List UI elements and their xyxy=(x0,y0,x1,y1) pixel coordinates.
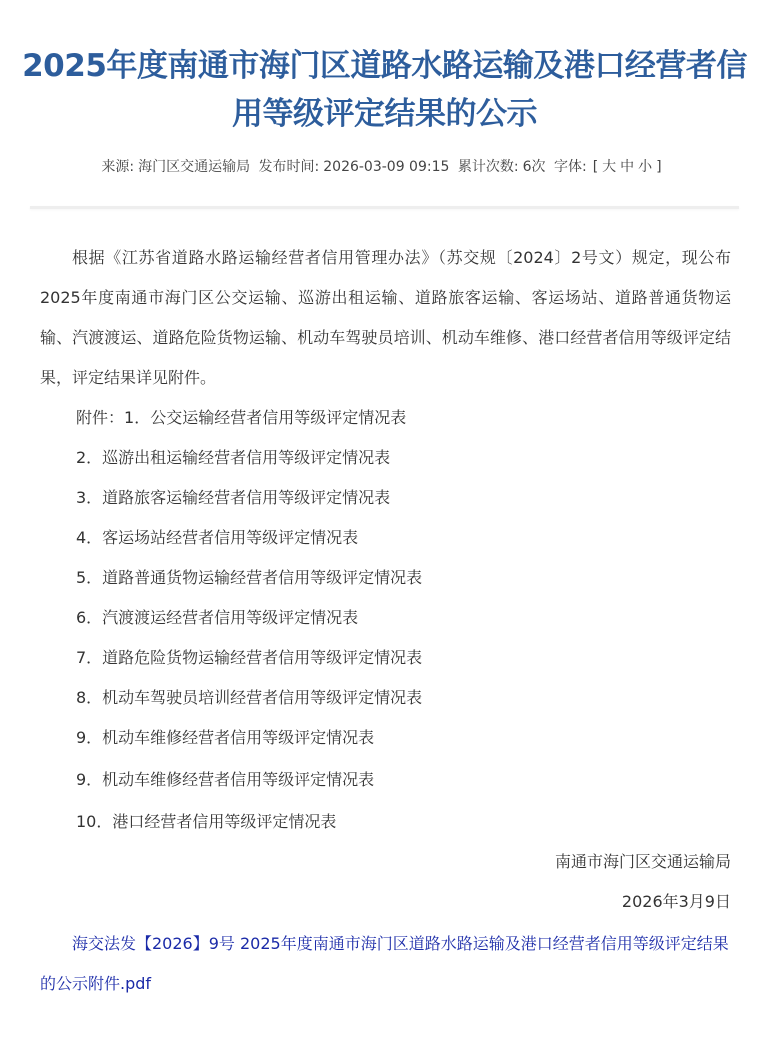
font-medium-button[interactable]: 中 xyxy=(620,159,634,175)
attachment-item: 9．机动车维修经营者信用等级评定情况表 xyxy=(40,718,731,758)
bracket-close: ] xyxy=(656,159,661,175)
attachment-text: 1．公交运输经营者信用等级评定情况表 xyxy=(124,408,406,427)
publish-time-value: 2026-03-09 09:15 xyxy=(323,159,449,175)
attachment-item: 附件：1．公交运输经营者信用等级评定情况表 xyxy=(40,398,731,438)
font-size-label: 字体: xyxy=(554,159,587,175)
views-value: 6次 xyxy=(523,159,546,175)
attachment-item: 10．港口经营者信用等级评定情况表 xyxy=(40,802,731,842)
header-divider xyxy=(30,206,739,209)
font-large-button[interactable]: 大 xyxy=(602,159,616,175)
signature-org: 南通市海门区交通运输局 xyxy=(40,842,731,882)
attachment-item: 8．机动车驾驶员培训经营者信用等级评定情况表 xyxy=(40,678,731,718)
attachments-label: 附件： xyxy=(76,408,124,427)
signature-date: 2026年3月9日 xyxy=(40,882,731,922)
attachment-item: 4．客运场站经营者信用等级评定情况表 xyxy=(40,518,731,558)
attachment-item: 5．道路普通货物运输经营者信用等级评定情况表 xyxy=(40,558,731,598)
page-title: 2025年度南通市海门区道路水路运输及港口经营者信用等级评定结果的公示 xyxy=(20,42,749,138)
article-meta: 来源:海门区交通运输局 发布时间:2026-03-09 09:15 累计次数:6… xyxy=(0,156,769,176)
article-content: 根据《江苏省道路水路运输经营者信用管理办法》（苏交规〔2024〕2号文）规定，现… xyxy=(40,238,731,1004)
body-paragraph: 根据《江苏省道路水路运输经营者信用管理办法》（苏交规〔2024〕2号文）规定，现… xyxy=(40,238,731,398)
attachment-item: 3．道路旅客运输经营者信用等级评定情况表 xyxy=(40,478,731,518)
publish-time-label: 发布时间: xyxy=(259,159,320,175)
bracket-open: [ xyxy=(593,159,598,175)
font-small-button[interactable]: 小 xyxy=(638,159,652,175)
attachment-pdf-link[interactable]: 海交法发【2026】9号 2025年度南通市海门区道路水路运输及港口经营者信用等… xyxy=(40,924,731,1004)
font-size-control: [大中小] xyxy=(591,159,664,175)
attachment-item: 2．巡游出租运输经营者信用等级评定情况表 xyxy=(40,438,731,478)
attachment-item: 9．机动车维修经营者信用等级评定情况表 xyxy=(40,758,731,802)
source-value: 海门区交通运输局 xyxy=(138,159,250,175)
attachment-item: 7．道路危险货物运输经营者信用等级评定情况表 xyxy=(40,638,731,678)
views-label: 累计次数: xyxy=(458,159,519,175)
attachment-item: 6．汽渡渡运经营者信用等级评定情况表 xyxy=(40,598,731,638)
source-label: 来源: xyxy=(101,159,134,175)
